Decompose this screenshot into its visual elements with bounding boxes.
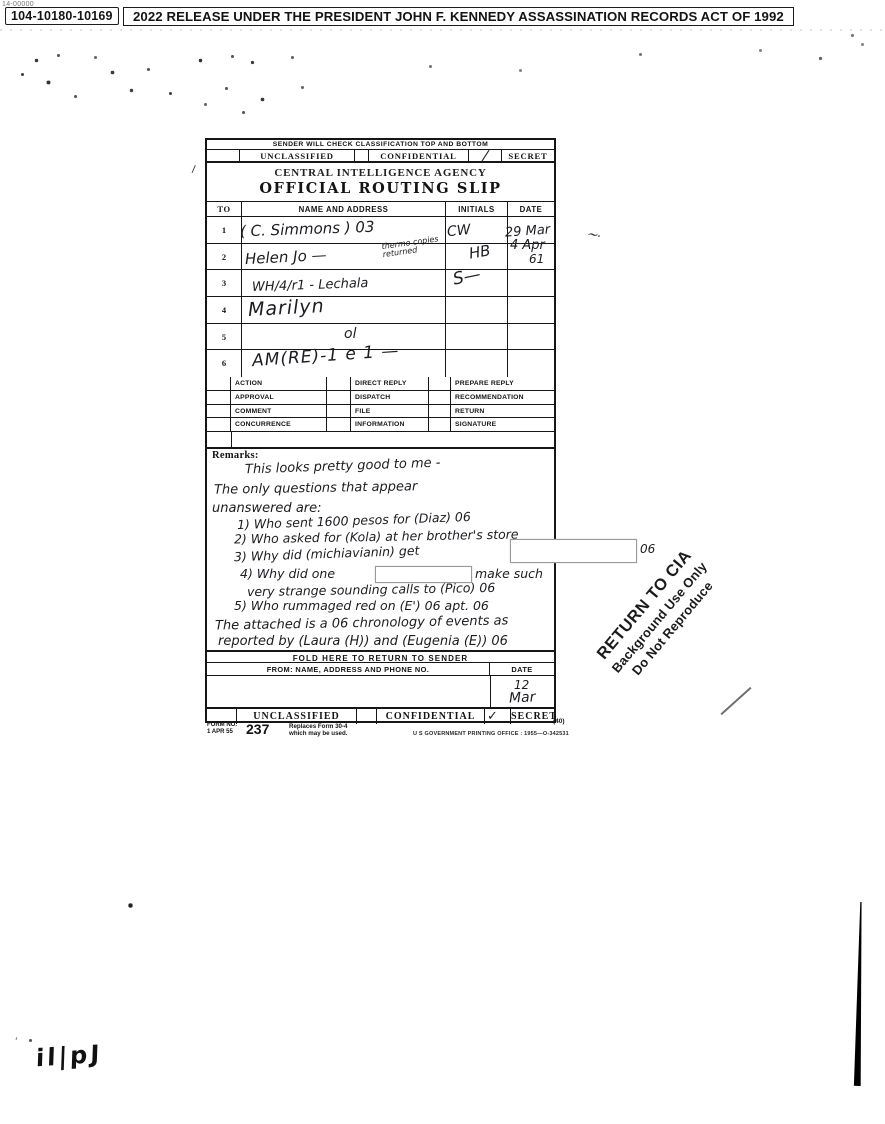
- class-label-unclassified: UNCLASSIFIED: [240, 150, 355, 161]
- class-label-secret: SECRET: [511, 709, 554, 724]
- row-number: 3: [207, 270, 242, 296]
- checkbox: [207, 418, 231, 431]
- row-number: 2: [207, 244, 242, 270]
- handwritten-initials-1: CW: [446, 223, 471, 239]
- date-label: DATE: [490, 663, 554, 675]
- print-code: (40): [553, 718, 565, 725]
- scan-noise-line: [0, 29, 885, 31]
- replaces-note-line2: which may be used.: [289, 730, 347, 737]
- remark-line: unanswered are:: [212, 502, 322, 515]
- marginal-06-mark: 06: [640, 543, 655, 555]
- checkbox: [327, 377, 351, 390]
- classification-row-top: UNCLASSIFIED CONFIDENTIAL SECRET: [207, 150, 554, 163]
- form-header: CENTRAL INTELLIGENCE AGENCY OFFICIAL ROU…: [207, 163, 554, 202]
- date-cell: [508, 270, 554, 296]
- form-title: OFFICIAL ROUTING SLIP: [207, 180, 554, 197]
- action-label: ACTION: [231, 377, 327, 390]
- gpo-note: U S GOVERNMENT PRINTING OFFICE : 1955—O-…: [413, 731, 569, 737]
- action-label: SIGNATURE: [451, 418, 554, 431]
- handwritten-scrawl: il|pJ: [36, 1040, 103, 1073]
- from-row: FROM: NAME, ADDRESS AND PHONE NO. DATE: [207, 663, 554, 676]
- scan-artifact-bar: [853, 902, 865, 1086]
- form-no-text: FORM NO.: [207, 722, 237, 729]
- col-header-initials: INITIALS: [446, 202, 508, 216]
- remark-line: 4) Why did one: [240, 568, 335, 581]
- action-label: INFORMATION: [351, 418, 429, 431]
- action-row: APPROVAL DISPATCH RECOMMENDATION: [207, 391, 554, 405]
- margin-mark: /: [191, 164, 196, 176]
- fold-here-note: FOLD HERE TO RETURN TO SENDER: [207, 650, 554, 663]
- handwritten-date-2-year: 61: [529, 253, 544, 265]
- checkbox: [207, 405, 231, 418]
- checkbox: [327, 391, 351, 404]
- checkbox: [327, 418, 351, 431]
- row-number: 1: [207, 217, 242, 243]
- date-cell: [508, 297, 554, 323]
- scanned-document-page: 14-00000 104-10180-10169 2022 RELEASE UN…: [0, 0, 885, 1124]
- handwritten-name-2: Helen Jo —: [245, 248, 327, 267]
- checkbox: [429, 418, 451, 431]
- scan-noise-speckles: [0, 0, 1, 1]
- class-label-confidential: CONFIDENTIAL: [369, 150, 469, 161]
- routing-table-header: TO NAME AND ADDRESS INITIALS DATE: [207, 202, 554, 217]
- initials-cell: [446, 324, 508, 350]
- class-box-blank: [355, 150, 369, 161]
- replaces-note-line1: Replaces Form 30-4: [289, 723, 347, 730]
- class-label-secret: SECRET: [502, 150, 554, 161]
- col-header-date: DATE: [508, 202, 554, 216]
- handwritten-name-5: ol: [344, 327, 356, 341]
- remark-line: make such: [475, 568, 543, 581]
- action-label: CONCURRENCE: [231, 418, 327, 431]
- remark-line: The only questions that appear: [214, 480, 418, 497]
- checkbox: [327, 405, 351, 418]
- from-value-row: [207, 676, 554, 708]
- check-mark: ✓: [487, 710, 498, 723]
- action-label: RETURN: [451, 405, 554, 418]
- handwritten-from-date-month: Mar: [509, 690, 536, 705]
- handwritten-name-3: WH/4/r1 - Lechala: [252, 277, 369, 294]
- action-label: FILE: [351, 405, 429, 418]
- agency-name: CENTRAL INTELLIGENCE AGENCY: [207, 167, 554, 179]
- form-number-label: FORM NO. 1 APR 55: [207, 722, 237, 735]
- replaces-note: Replaces Form 30-4 which may be used.: [289, 723, 347, 737]
- action-label: PREPARE REPLY: [451, 377, 554, 390]
- handwritten-name-4: Marilyn: [248, 297, 326, 320]
- remark-line: 5) Who rummaged red on (E') 06 apt. 06: [234, 600, 489, 613]
- release-banner: 2022 RELEASE UNDER THE PRESIDENT JOHN F.…: [123, 7, 794, 26]
- checkbox: [207, 377, 231, 390]
- class-box-blank: [357, 709, 377, 724]
- action-table: ACTION DIRECT REPLY PREPARE REPLY APPROV…: [207, 377, 554, 432]
- action-label: APPROVAL: [231, 391, 327, 404]
- pen-tick-mark: ʻ: [12, 1036, 18, 1048]
- from-label: FROM: NAME, ADDRESS AND PHONE NO.: [207, 663, 490, 675]
- action-label: RECOMMENDATION: [451, 391, 554, 404]
- class-box-blank: [207, 150, 240, 161]
- row-number: 6: [207, 350, 242, 377]
- remarks-label: Remarks:: [212, 450, 259, 461]
- remark-line: reported by (Laura (H)) and (Eugenia (E)…: [218, 635, 508, 648]
- row-number: 5: [207, 324, 242, 350]
- row-number: 4: [207, 297, 242, 323]
- action-row: COMMENT FILE RETURN: [207, 405, 554, 419]
- col-header-name: NAME AND ADDRESS: [242, 202, 446, 216]
- redaction-box: [510, 539, 637, 563]
- handwritten-initials-2: HB: [468, 243, 492, 262]
- class-label-confidential: CONFIDENTIAL: [377, 709, 485, 724]
- handwritten-date-2: 4 Apr: [510, 239, 545, 252]
- margin-squiggle: ∼·: [585, 225, 602, 244]
- checkbox: [207, 391, 231, 404]
- action-label: DISPATCH: [351, 391, 429, 404]
- initials-cell: [446, 350, 508, 377]
- action-label: COMMENT: [231, 405, 327, 418]
- sender-check-note: SENDER WILL CHECK CLASSIFICATION TOP AND…: [207, 140, 554, 150]
- checkbox: [429, 391, 451, 404]
- form-no-date: 1 APR 55: [207, 729, 237, 736]
- action-label: DIRECT REPLY: [351, 377, 429, 390]
- checkbox: [429, 377, 451, 390]
- initials-cell: [446, 297, 508, 323]
- official-routing-slip: SENDER WILL CHECK CLASSIFICATION TOP AND…: [205, 138, 556, 723]
- date-cell: [508, 324, 554, 350]
- form-number: 237: [246, 721, 269, 737]
- action-row: ACTION DIRECT REPLY PREPARE REPLY: [207, 377, 554, 391]
- checkbox: [429, 405, 451, 418]
- action-row: CONCURRENCE INFORMATION SIGNATURE: [207, 418, 554, 432]
- col-header-to: TO: [207, 202, 242, 216]
- action-empty-row: [207, 432, 554, 449]
- date-cell: [508, 350, 554, 377]
- record-id-box: 104-10180-10169: [5, 7, 119, 25]
